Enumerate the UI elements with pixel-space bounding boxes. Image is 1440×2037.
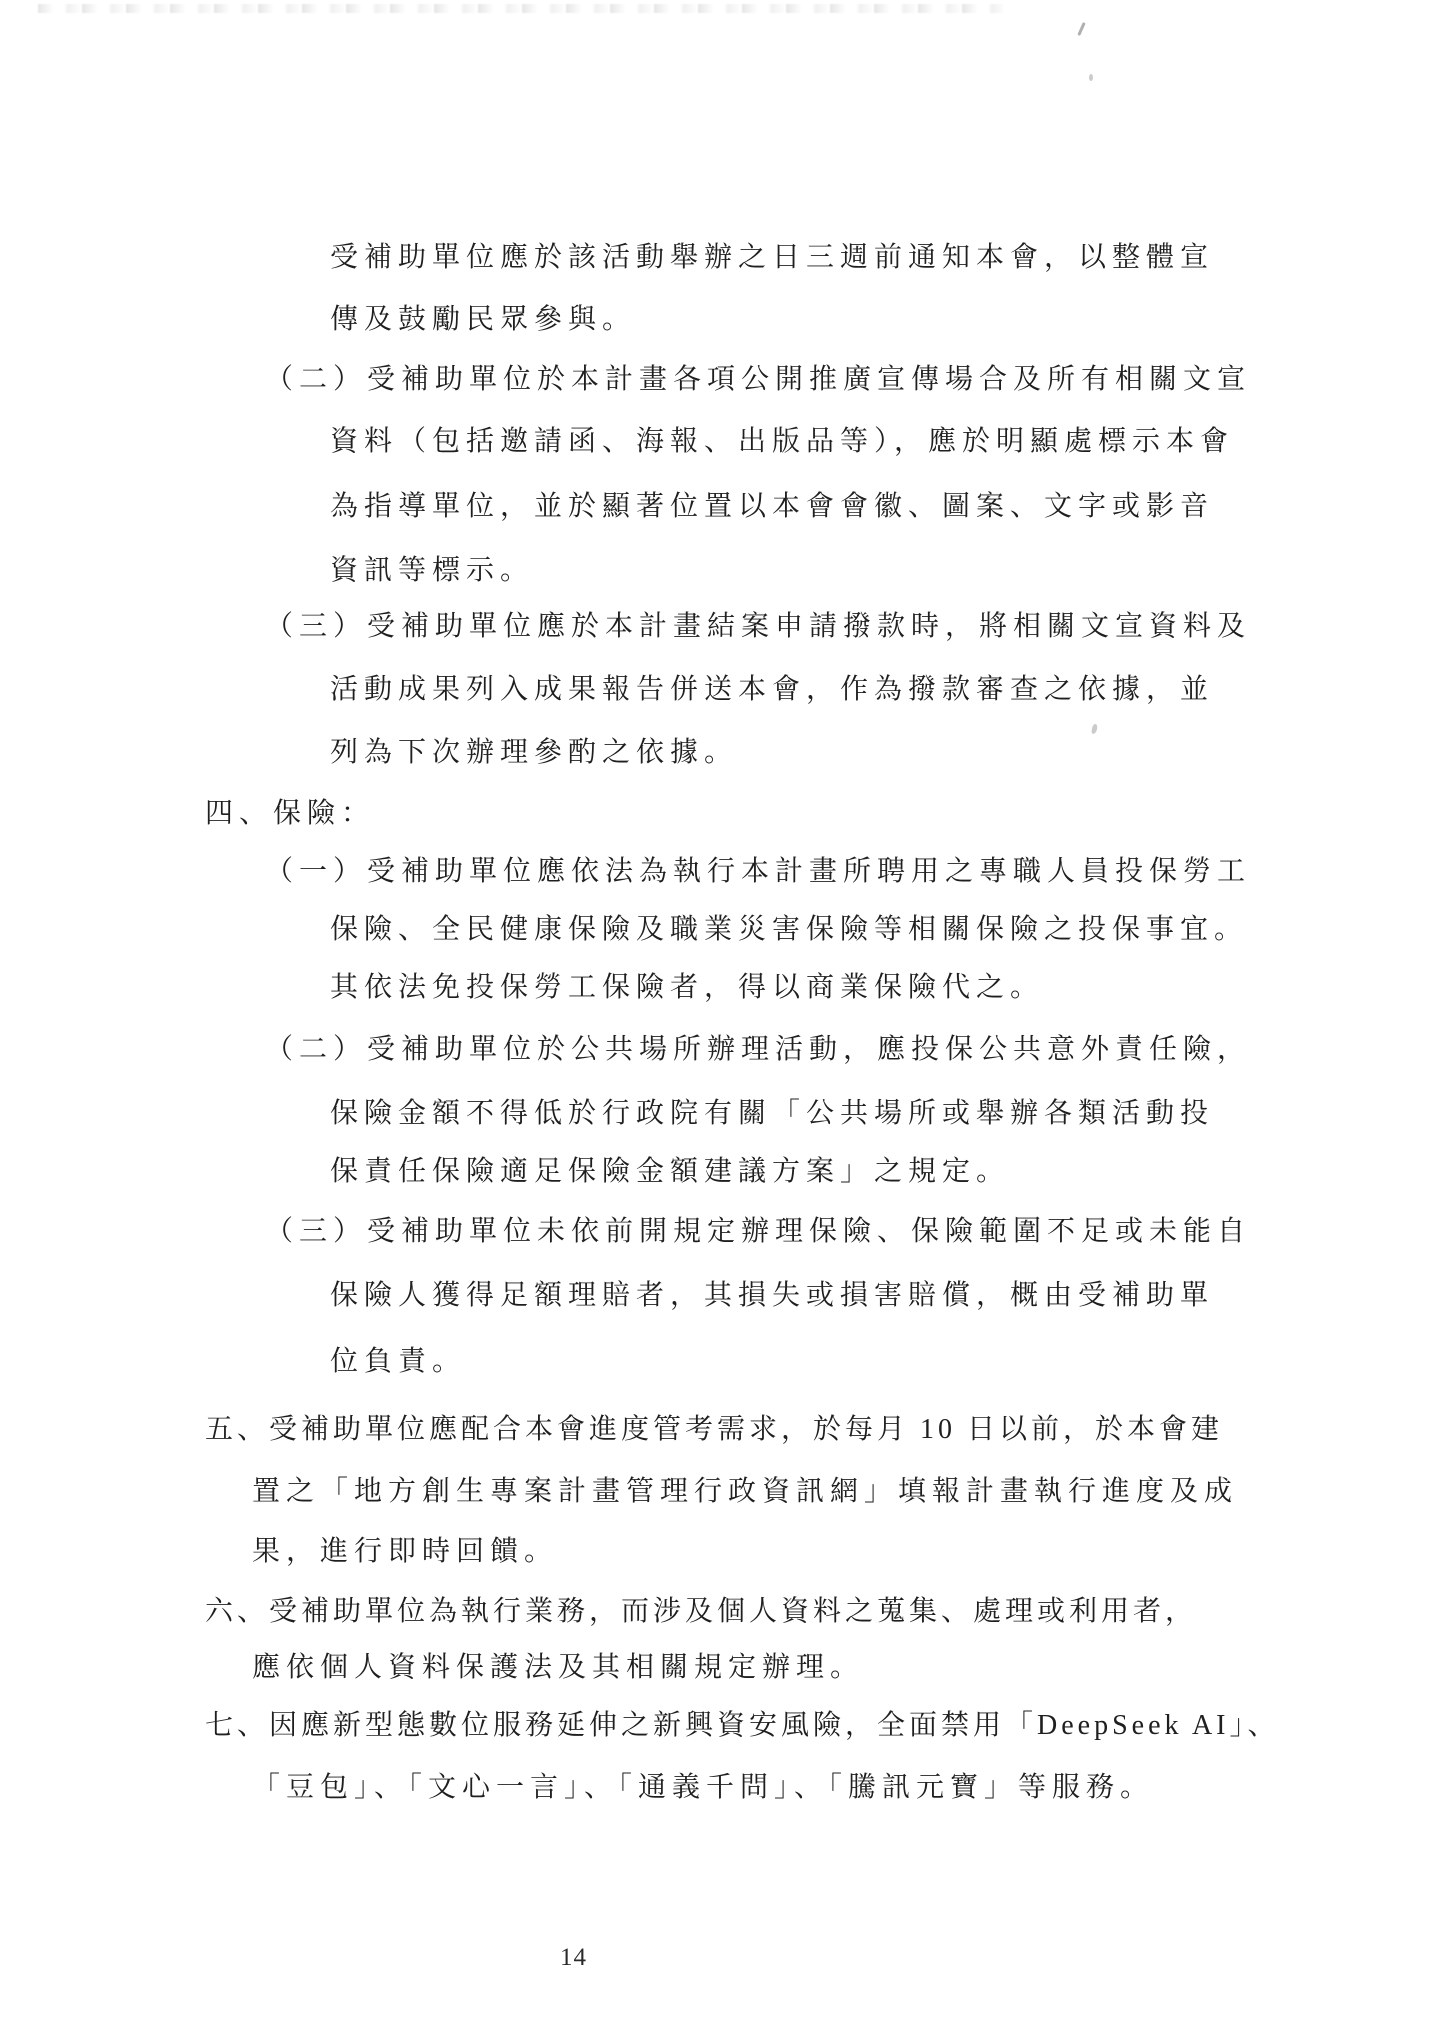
text-line: 果，進行即時回饋。 (252, 1532, 558, 1572)
scan-artifact-mark (1091, 724, 1098, 735)
text-line: 保險金額不得低於行政院有關「公共場所或舉辦各類活動投 (330, 1094, 1214, 1134)
text-line: 位負責。 (330, 1342, 466, 1382)
text-line-item-7: 七、因應新型態數位服務延伸之新興資安風險，全面禁用「DeepSeek AI」、 (205, 1706, 1280, 1746)
text-line: 資訊等標示。 (330, 551, 534, 591)
text-line-subitem-3: （三）受補助單位應於本計畫結案申請撥款時，將相關文宣資料及 (265, 607, 1251, 647)
text-line: 受補助單位應於該活動舉辦之日三週前通知本會，以整體宣 (330, 238, 1214, 278)
scan-artifact-top-strip (38, 4, 1003, 13)
text-line: 傳及鼓勵民眾參與。 (330, 300, 636, 340)
text-line-subitem-2: （二）受補助單位於本計畫各項公開推廣宣傳場合及所有相關文宣 (265, 360, 1251, 400)
text-line: 應依個人資料保護法及其相關規定辦理。 (252, 1648, 864, 1688)
text-line: 保險人獲得足額理賠者，其損失或損害賠償，概由受補助單 (330, 1276, 1214, 1316)
text-line: 列為下次辦理參酌之依據。 (330, 733, 738, 773)
scan-artifact-mark (1089, 74, 1093, 81)
page-number: 14 (560, 1944, 587, 1972)
scan-artifact-mark (1077, 22, 1085, 36)
text-line: 資料（包括邀請函、海報、出版品等），應於明顯處標示本會 (330, 422, 1234, 462)
text-line-item-6: 六、受補助單位為執行業務，而涉及個人資料之蒐集、處理或利用者， (205, 1592, 1197, 1632)
text-line-item-5: 五、受補助單位應配合本會進度管考需求，於每月 10 日以前，於本會建 (205, 1410, 1223, 1450)
text-line-subitem-1: （一）受補助單位應依法為執行本計畫所聘用之專職人員投保勞工 (265, 852, 1251, 892)
text-line: 「豆包」、「文心一言」、「通義千問」、「騰訊元寶」等服務。 (252, 1768, 1154, 1808)
text-line-item-4-insurance: 四、保險： (205, 794, 375, 834)
text-line: 其依法免投保勞工保險者，得以商業保險代之。 (330, 968, 1044, 1008)
text-line: 保險、全民健康保險及職業災害保險等相關保險之投保事宜。 (330, 910, 1248, 950)
scanned-document-page: 受補助單位應於該活動舉辦之日三週前通知本會，以整體宣 傳及鼓勵民眾參與。 （二）… (0, 0, 1440, 2037)
text-line: 為指導單位，並於顯著位置以本會會徽、圖案、文字或影音 (330, 487, 1214, 527)
text-line-subitem-2: （二）受補助單位於公共場所辦理活動，應投保公共意外責任險， (265, 1030, 1251, 1070)
text-line: 保責任保險適足保險金額建議方案」之規定。 (330, 1152, 1010, 1192)
text-line-subitem-3: （三）受補助單位未依前開規定辦理保險、保險範圍不足或未能自 (265, 1212, 1251, 1252)
text-line: 活動成果列入成果報告併送本會，作為撥款審查之依據，並 (330, 670, 1214, 710)
text-line: 置之「地方創生專案計畫管理行政資訊網」填報計畫執行進度及成 (252, 1472, 1238, 1512)
